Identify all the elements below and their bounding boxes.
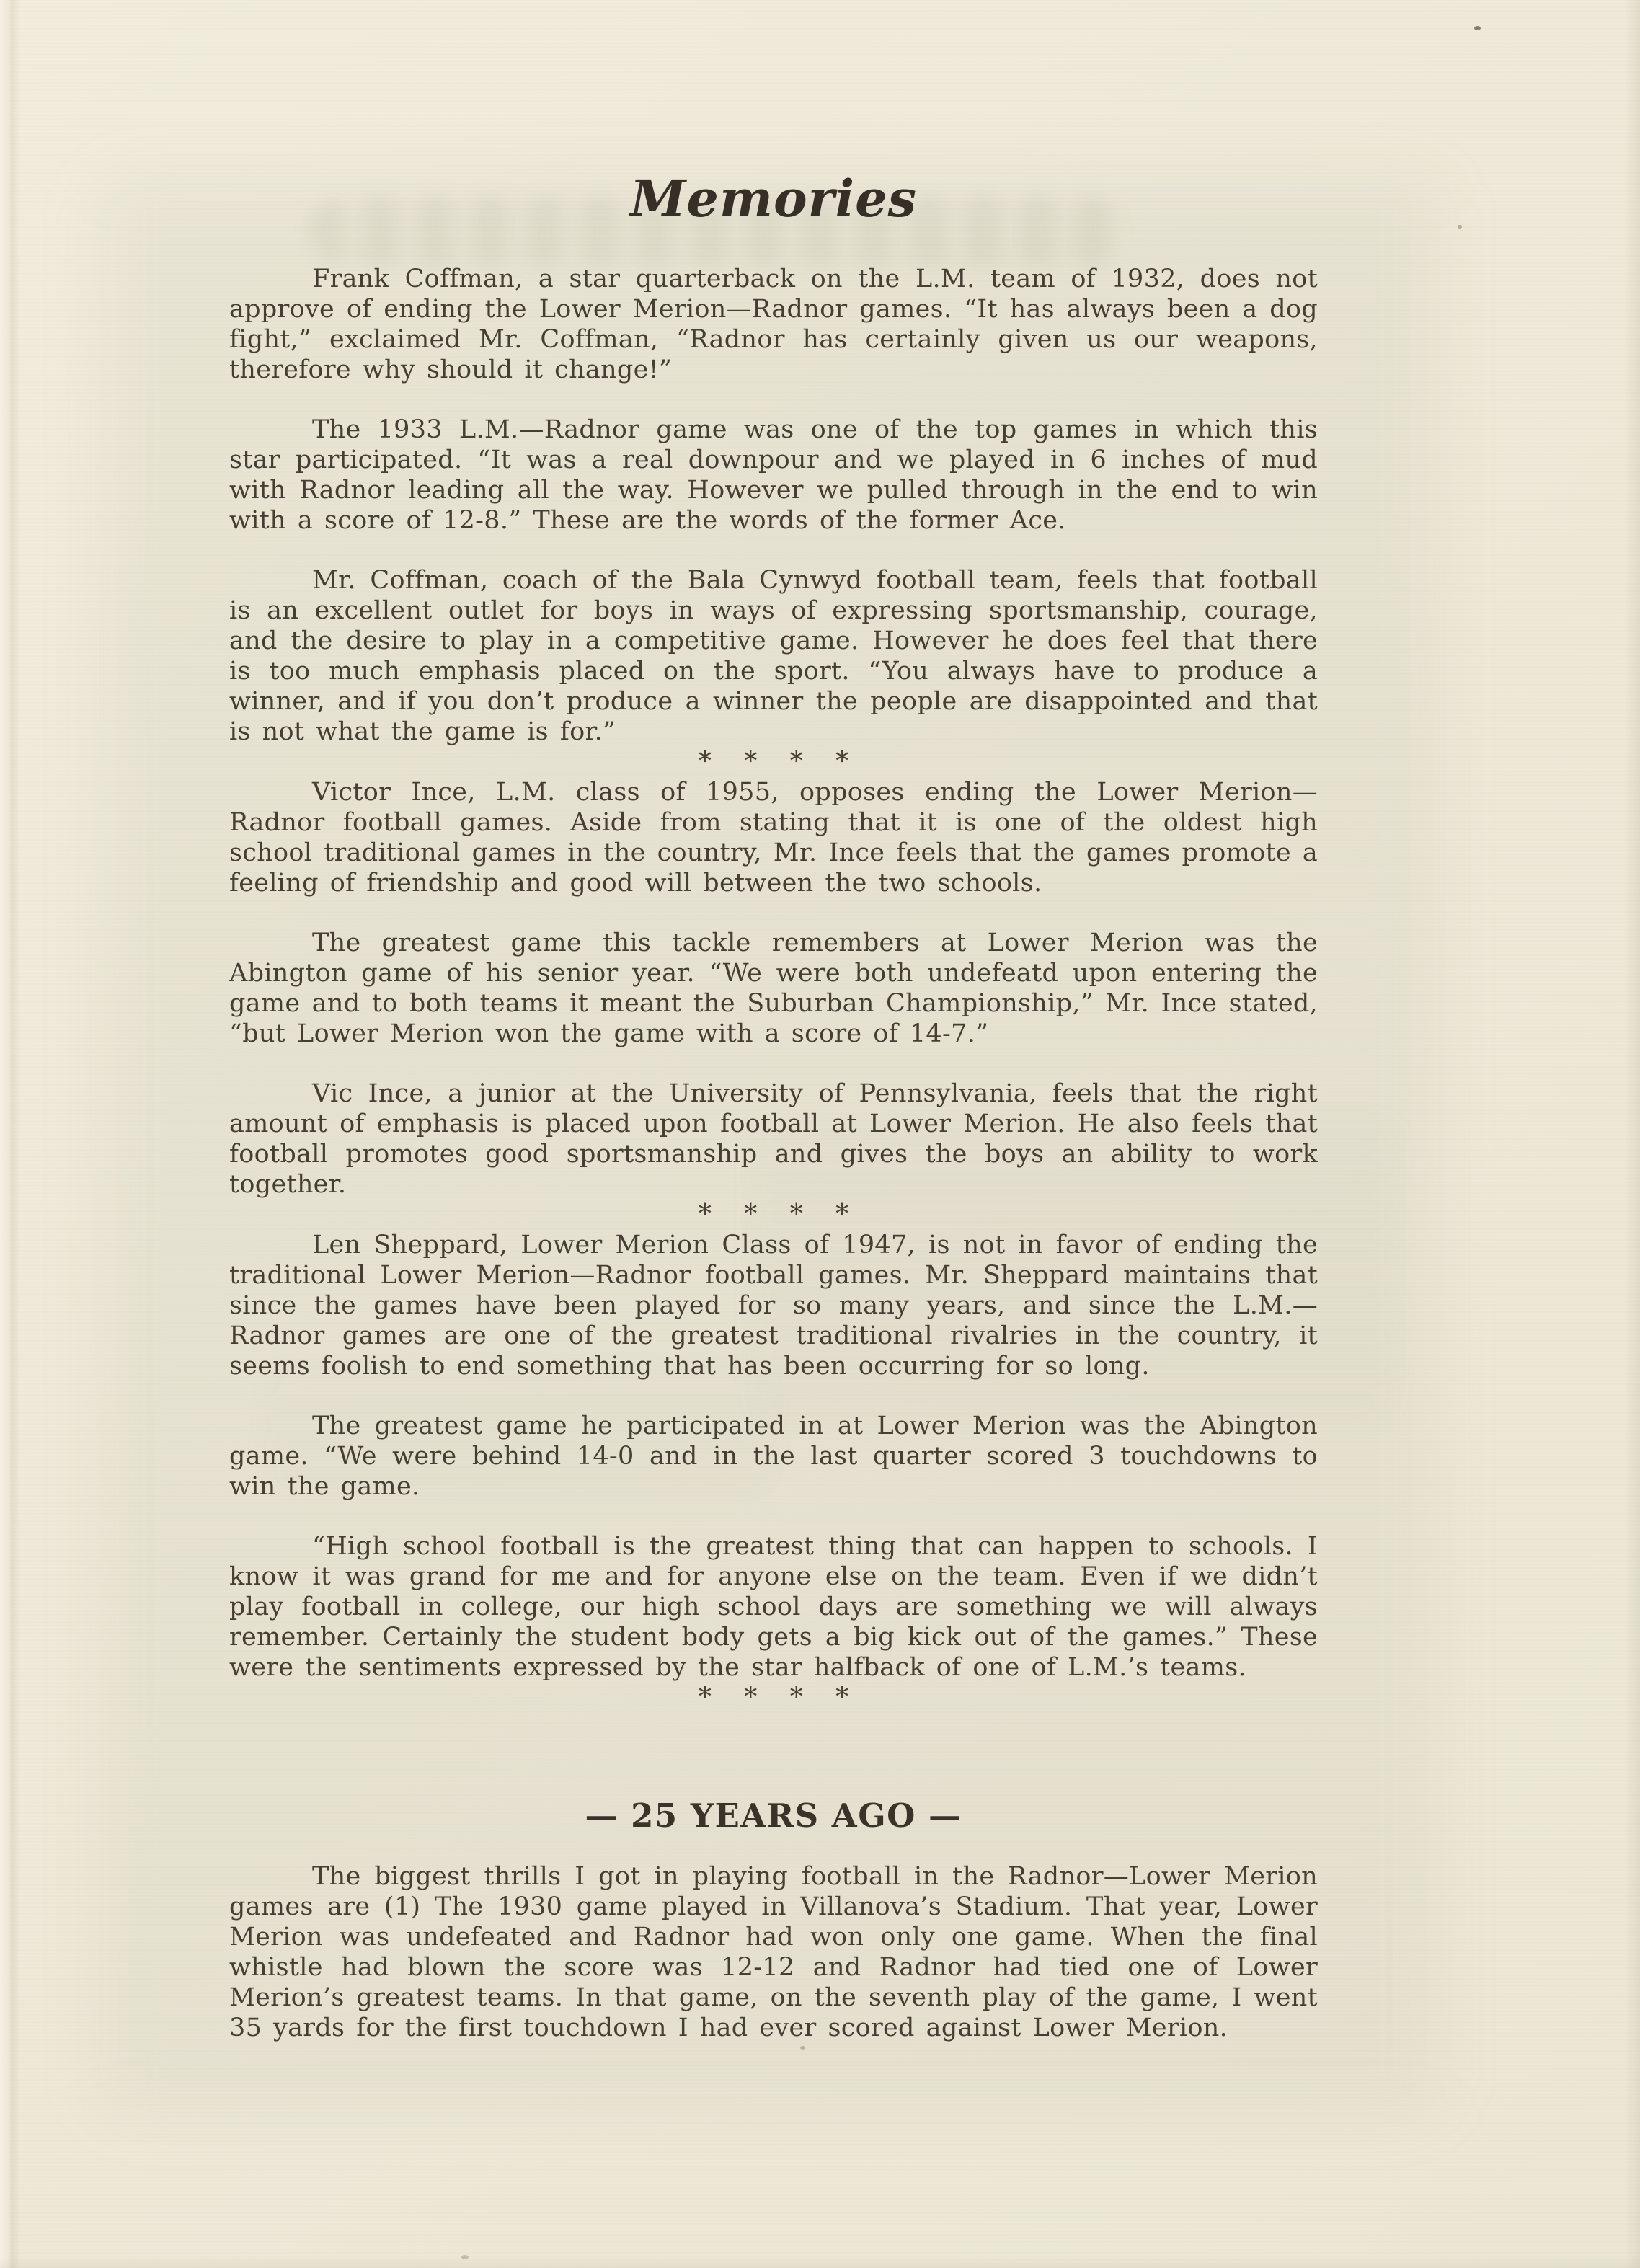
paragraph-victor-ince-intro: Victor Ince, L.M. class of 1955, opposes… bbox=[229, 777, 1318, 898]
article-column: Memories Frank Coffman, a star quarterba… bbox=[229, 0, 1318, 2073]
paragraph-coffman-coach: Mr. Coffman, coach of the Bala Cynwyd fo… bbox=[229, 565, 1318, 747]
paragraph-1933-game: The 1933 L.M.—Radnor game was one of the… bbox=[229, 415, 1318, 536]
paragraph-sheppard-abington-game: The greatest game he participated in at … bbox=[229, 1411, 1318, 1502]
asterisk-separator: * * * * bbox=[229, 1200, 1318, 1230]
dust-speck bbox=[1474, 26, 1481, 30]
paragraph-len-sheppard-intro: Len Sheppard, Lower Merion Class of 1947… bbox=[229, 1230, 1318, 1381]
section-heading-25-years-ago: — 25 YEARS AGO — bbox=[229, 1798, 1318, 1834]
page-edge-shadow-right bbox=[1624, 0, 1640, 2268]
dust-speck bbox=[1458, 225, 1462, 229]
page-edge-shadow-left bbox=[0, 0, 20, 2268]
paragraph-ince-abington-game: The greatest game this tackle remembers … bbox=[229, 928, 1318, 1049]
page-title: Memories bbox=[229, 173, 1318, 225]
paragraph-biggest-thrills: The biggest thrills I got in playing foo… bbox=[229, 1861, 1318, 2043]
dust-speck bbox=[461, 2255, 469, 2259]
asterisk-separator: * * * * bbox=[229, 747, 1318, 777]
asterisk-separator: * * * * bbox=[229, 1683, 1318, 1713]
paragraph-vic-ince-penn: Vic Ince, a junior at the University of … bbox=[229, 1078, 1318, 1200]
paragraph-high-school-football: “High school football is the greatest th… bbox=[229, 1531, 1318, 1683]
paragraph-frank-coffman-intro: Frank Coffman, a star quarterback on the… bbox=[229, 264, 1318, 385]
scanned-page: Memories Frank Coffman, a star quarterba… bbox=[0, 0, 1640, 2268]
page-edge-shadow-bottom bbox=[0, 2256, 1640, 2268]
